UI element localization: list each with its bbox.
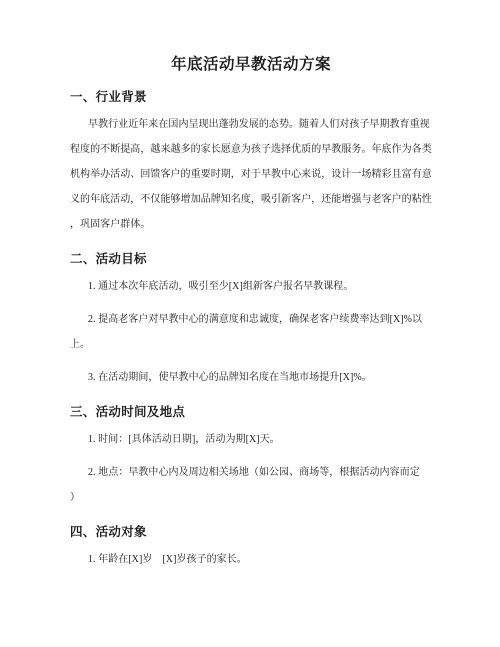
list-item-line: ） xyxy=(70,485,432,510)
list-item: 2. 提高老客户对早教中心的满意度和忠诚度，确保老客户续费率达到[X]%以 上。 xyxy=(70,307,432,357)
section-heading: 三、活动时间及地点 xyxy=(70,404,432,421)
paragraph-line: 程度的不断提高，越来越多的家长愿意为孩子选择优质的早教服务。年底作为各类 xyxy=(70,137,432,162)
list-item-line: 1. 时间：[具体活动日期]，活动为期[X]天。 xyxy=(70,427,432,452)
document-title: 年底活动早教活动方案 xyxy=(70,55,432,75)
list-item-line: 1. 通过本次年底活动，吸引至少[X]组新客户报名早教课程。 xyxy=(70,274,432,299)
list-item-line: 1. 年龄在[X]岁 [X]岁孩子的家长。 xyxy=(70,547,432,572)
list-item: 3. 在活动期间，使早教中心的品牌知名度在当地市场提升[X]%。 xyxy=(70,365,432,390)
section-target-audience: 四、活动对象 1. 年龄在[X]岁 [X]岁孩子的家长。 xyxy=(70,524,432,572)
list-item-line: 上。 xyxy=(70,332,432,357)
list-item: 1. 通过本次年底活动，吸引至少[X]组新客户报名早教课程。 xyxy=(70,274,432,299)
section-activity-goals: 二、活动目标 1. 通过本次年底活动，吸引至少[X]组新客户报名早教课程。 2.… xyxy=(70,251,432,390)
list-item-line: 2. 提高老客户对早教中心的满意度和忠诚度，确保老客户续费率达到[X]%以 xyxy=(70,307,432,332)
paragraph-line: 早教行业近年来在国内呈现出蓬勃发展的态势。随着人们对孩子早期教育重视 xyxy=(70,112,432,137)
list-item: 2. 地点：早教中心内及周边相关场地（如公园、商场等，根据活动内容而定 ） xyxy=(70,460,432,510)
section-heading: 二、活动目标 xyxy=(70,251,432,268)
list-item-line: 2. 地点：早教中心内及周边相关场地（如公园、商场等，根据活动内容而定 xyxy=(70,460,432,485)
section-industry-background: 一、行业背景 早教行业近年来在国内呈现出蓬勃发展的态势。随着人们对孩子早期教育重… xyxy=(70,89,432,237)
list-item: 1. 年龄在[X]岁 [X]岁孩子的家长。 xyxy=(70,547,432,572)
list-item: 1. 时间：[具体活动日期]，活动为期[X]天。 xyxy=(70,427,432,452)
paragraph-line: ，巩固客户群体。 xyxy=(70,212,432,237)
paragraph-line: 义的年底活动，不仅能够增加品牌知名度，吸引新客户，还能增强与老客户的粘性 xyxy=(70,187,432,212)
paragraph: 早教行业近年来在国内呈现出蓬勃发展的态势。随着人们对孩子早期教育重视 程度的不断… xyxy=(70,112,432,237)
list-item-line: 3. 在活动期间，使早教中心的品牌知名度在当地市场提升[X]%。 xyxy=(70,365,432,390)
section-heading: 一、行业背景 xyxy=(70,89,432,106)
document-page: 年底活动早教活动方案 一、行业背景 早教行业近年来在国内呈现出蓬勃发展的态势。随… xyxy=(0,0,500,647)
section-heading: 四、活动对象 xyxy=(70,524,432,541)
paragraph-line: 机构举办活动、回馈客户的重要时期，对于早教中心来说，设计一场精彩且富有意 xyxy=(70,162,432,187)
section-time-and-place: 三、活动时间及地点 1. 时间：[具体活动日期]，活动为期[X]天。 2. 地点… xyxy=(70,404,432,510)
